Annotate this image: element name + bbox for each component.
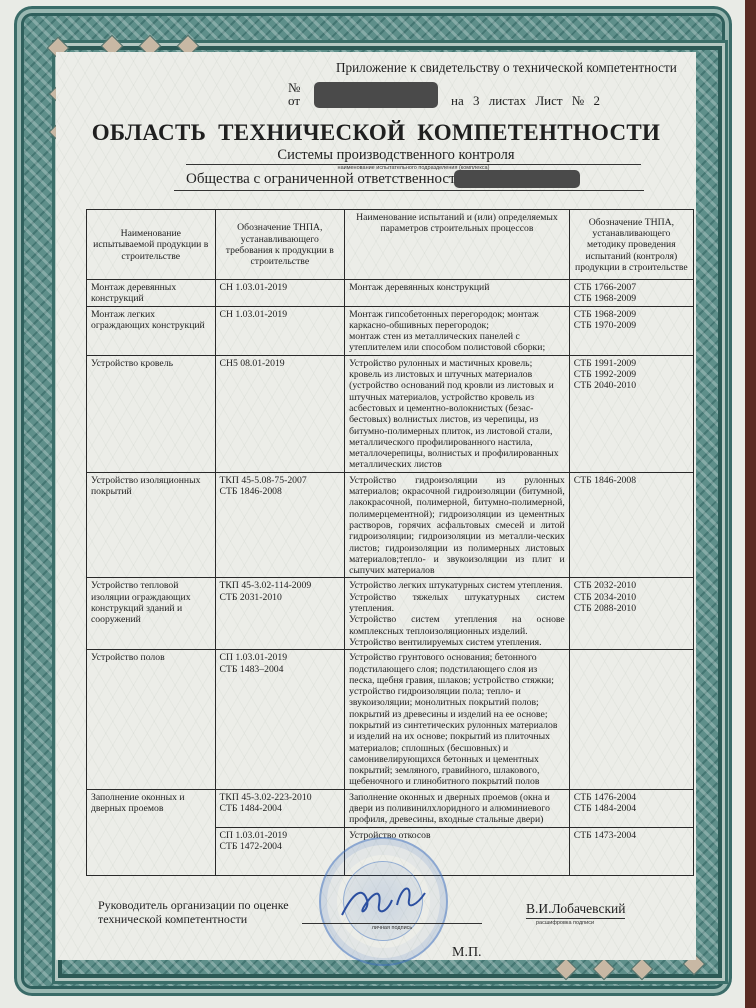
seal-label: М.П.: [452, 945, 482, 961]
cell-tests: Устройство гидроизоляции из рулонных мат…: [345, 472, 570, 578]
cell-method-tnpa: СТБ 1968-2009 СТБ 1970-2009: [569, 306, 693, 355]
column-header-product: Наименование испытываемой продукции в ст…: [87, 210, 216, 280]
cell-product: Устройство изоляционных покрытий: [87, 472, 216, 578]
cell-requirements-tnpa: СН 1.03.01-2019: [215, 280, 345, 307]
document-title: ОБЛАСТЬ ТЕХНИЧЕСКОЙ КОМПЕТЕНТНОСТИ: [56, 120, 696, 146]
table-row: Устройство изоляционных покрытийТКП 45-5…: [87, 472, 694, 578]
table-row: Заполнение оконных и дверных проемовТКП …: [87, 789, 694, 827]
cell-method-tnpa: СТБ 1766-2007 СТБ 1968-2009: [569, 280, 693, 307]
cell-product: Устройство полов: [87, 650, 216, 790]
appendix-title: Приложение к свидетельству о технической…: [336, 60, 676, 76]
sheet-number: 2: [593, 93, 600, 108]
signature-line: [302, 923, 482, 924]
table-row: Устройство кровельСН5 08.01-2019Устройст…: [87, 355, 694, 472]
cell-requirements-tnpa: ТКП 45-5.08-75-2007 СТБ 1846-2008: [215, 472, 345, 578]
organization-underline: [174, 190, 644, 191]
signer-name: В.И.Лобачевский: [526, 901, 625, 919]
cell-method-tnpa: [569, 650, 693, 790]
competence-table: Наименование испытываемой продукции в ст…: [86, 209, 694, 876]
cell-tests: Устройство откосов: [345, 827, 570, 875]
cell-product: Монтаж легких ограждающих конструкций: [87, 306, 216, 355]
cell-requirements-tnpa: ТКП 45-3.02-114-2009 СТБ 2031-2010: [215, 578, 345, 650]
cell-method-tnpa: СТБ 1476-2004 СТБ 1484-2004: [569, 789, 693, 827]
cell-tests: Монтаж гипсобетонных перегородок; монтаж…: [345, 306, 570, 355]
cell-requirements-tnpa: ТКП 45-3.02-223-2010 СТБ 1484-2004: [215, 789, 345, 827]
cell-requirements-tnpa: СП 1.03.01-2019 СТБ 1483–2004: [215, 650, 345, 790]
table-header-row: Наименование испытываемой продукции в ст…: [87, 210, 694, 280]
date-label: от: [288, 93, 300, 109]
table-row: Монтаж легких ограждающих конструкцийСН …: [87, 306, 694, 355]
signature-caption: личная подпись: [302, 925, 482, 931]
cell-method-tnpa: СТБ 1473-2004: [569, 827, 693, 875]
column-header-tests: Наименование испытаний и (или) определяе…: [345, 210, 570, 280]
table-row: Устройство тепловой изоляции ограждающих…: [87, 578, 694, 650]
organization-name: Общества с ограниченной ответственностью: [186, 171, 474, 188]
subdivision-name: Системы производственного контроля: [196, 147, 596, 164]
cell-tests: Заполнение оконных и дверных проемов (ок…: [345, 789, 570, 827]
cell-method-tnpa: СТБ 1991-2009 СТБ 1992-2009 СТБ 2040-201…: [569, 355, 693, 472]
cell-method-tnpa: СТБ 2032-2010 СТБ 2034-2010 СТБ 2088-201…: [569, 578, 693, 650]
certificate-sheet: Приложение к свидетельству о технической…: [56, 52, 696, 960]
signature-icon: [337, 875, 432, 925]
table-row: Монтаж деревянных конструкцийСН 1.03.01-…: [87, 280, 694, 307]
cell-method-tnpa: СТБ 1846-2008: [569, 472, 693, 578]
column-header-requirements-tnpa: Обозначение ТНПА, устанавливающего требо…: [215, 210, 345, 280]
cell-requirements-tnpa: СН5 08.01-2019: [215, 355, 345, 472]
cell-product: Устройство кровель: [87, 355, 216, 472]
sheets-total: 3: [473, 93, 480, 108]
cell-product: Заполнение оконных и дверных проемов: [87, 789, 216, 875]
cell-requirements-tnpa: СН 1.03.01-2019: [215, 306, 345, 355]
redacted-number-date: [314, 82, 438, 108]
redacted-organization: [454, 170, 580, 188]
sheets-info: на 3 листах Лист № 2: [451, 93, 600, 109]
signer-role: Руководитель организации по оценке техни…: [98, 898, 298, 926]
sheets-word: листах: [489, 93, 526, 108]
cell-product: Устройство тепловой изоляции ограждающих…: [87, 578, 216, 650]
sheets-prefix: на: [451, 93, 464, 108]
cell-tests: Монтаж деревянных конструкций: [345, 280, 570, 307]
column-header-method-tnpa: Обозначение ТНПА, устанавливающего метод…: [569, 210, 693, 280]
table-row: Устройство половСП 1.03.01-2019 СТБ 1483…: [87, 650, 694, 790]
sheet-label: Лист №: [535, 93, 584, 108]
signer-name-caption: расшифровка подписи: [536, 920, 594, 926]
cell-tests: Устройство рулонных и мастичных кровель;…: [345, 355, 570, 472]
cell-tests: Устройство грунтового основания; бетонно…: [345, 650, 570, 790]
cell-product: Монтаж деревянных конструкций: [87, 280, 216, 307]
cell-tests: Устройство легких штукатурных систем уте…: [345, 578, 570, 650]
cell-requirements-tnpa: СП 1.03.01-2019 СТБ 1472-2004: [215, 827, 345, 875]
